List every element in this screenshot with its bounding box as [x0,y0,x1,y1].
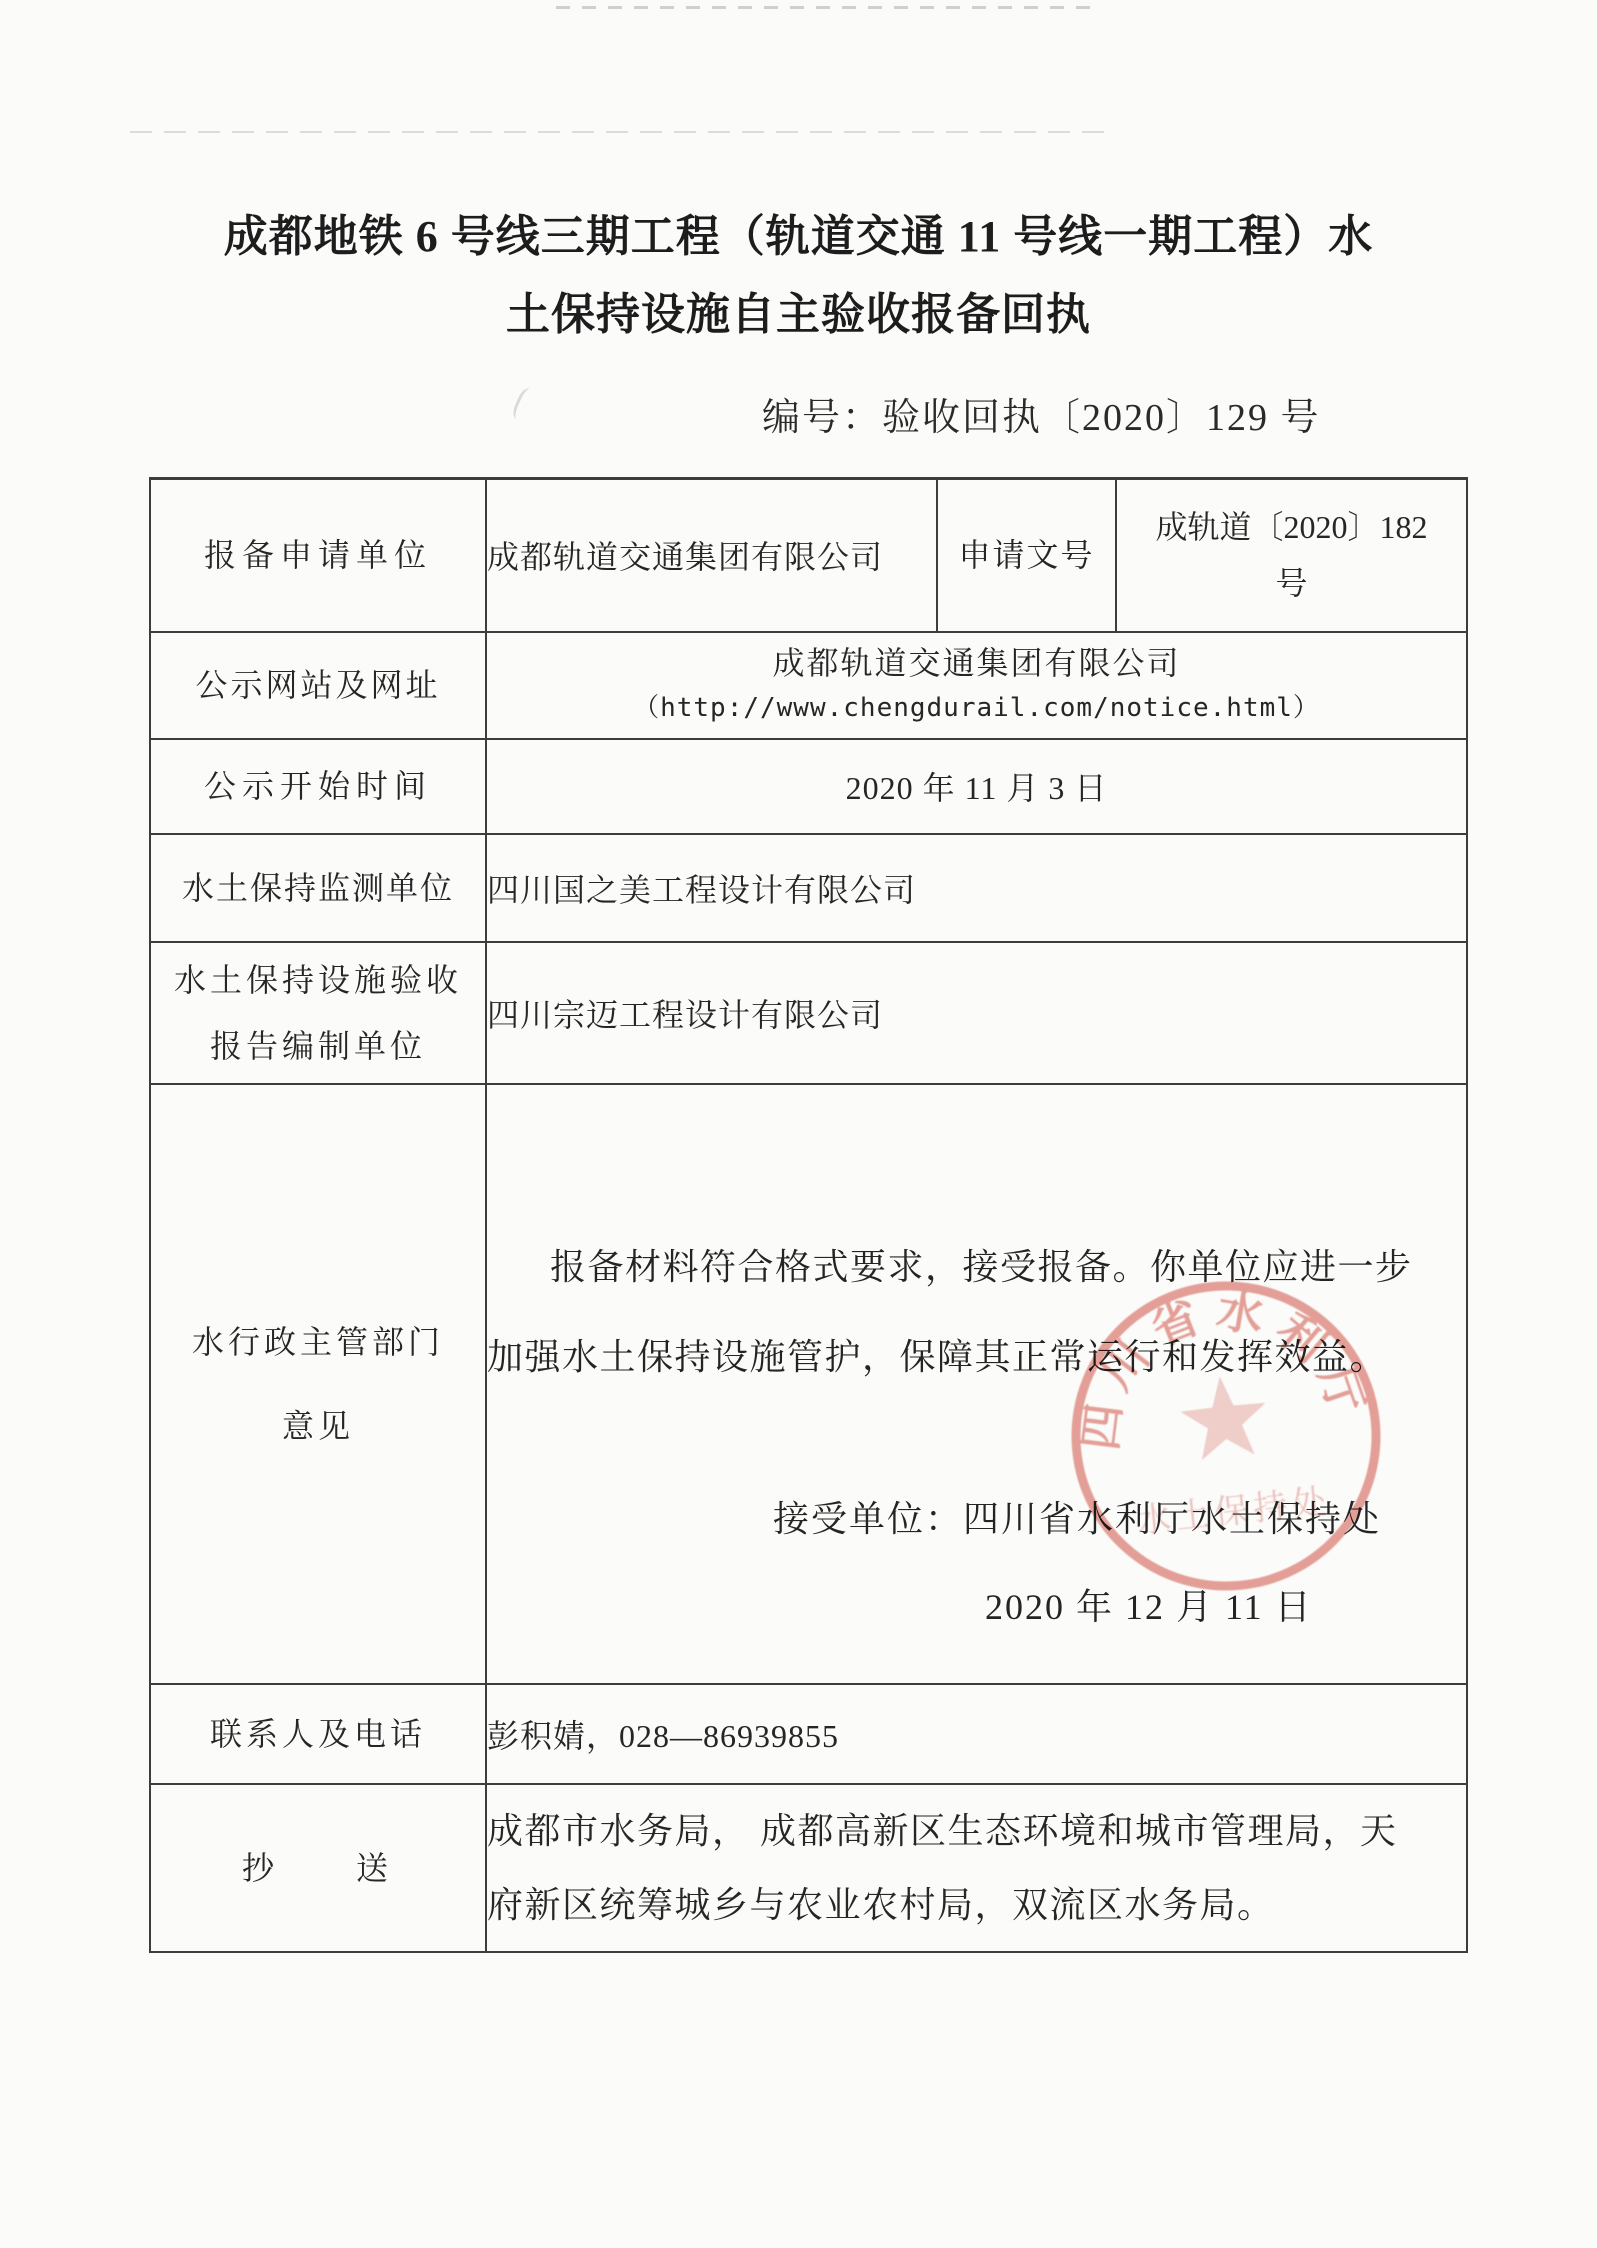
label-water-authority-opinion: 水行政主管部门 意见 [150,1084,486,1684]
document-title: 成都地铁 6 号线三期工程（轨道交通 11 号线一期工程）水 土保持设施自主验收… [0,198,1597,354]
value-monitoring-unit: 四川国之美工程设计有限公司 [486,834,1467,942]
label-reporting-unit: 报备申请单位 [150,479,486,632]
value-publicity-start-date: 2020 年 11 月 3 日 [486,739,1467,834]
scan-artifact-mark [510,386,541,425]
water-authority-label-line1: 水行政主管部门 [151,1300,485,1384]
label-cc: 抄 送 [150,1784,486,1952]
opinion-text-line2: 加强水土保持设施管护，保障其正常运行和发挥效益。 [487,1332,1466,1382]
table-row: 报备申请单位 成都轨道交通集团有限公司 申请文号 成轨道〔2020〕182 号 [150,479,1467,632]
table-row: 水土保持监测单位 四川国之美工程设计有限公司 [150,834,1467,942]
application-doc-number-line2: 号 [1117,555,1466,611]
table-row: 抄 送 成都市水务局， 成都高新区生态环境和城市管理局，天 府新区统筹城乡与农业… [150,1784,1467,1952]
label-contact: 联系人及电话 [150,1684,486,1784]
publicity-website-url: （http://www.chengdurail.com/notice.html） [487,686,1466,730]
publicity-website-name: 成都轨道交通集团有限公司 [487,640,1466,686]
value-water-authority-opinion: 报备材料符合格式要求，接受报备。你单位应进一步 加强水土保持设施管护，保障其正常… [486,1084,1467,1684]
label-acceptance-report-unit: 水土保持设施验收 报告编制单位 [150,942,486,1084]
value-publicity-website: 成都轨道交通集团有限公司 （http://www.chengdurail.com… [486,632,1467,739]
accept-unit-line: 接受单位：四川省水利厅水土保持处 [773,1494,1466,1544]
label-application-doc-number: 申请文号 [937,479,1116,632]
value-application-doc-number: 成轨道〔2020〕182 号 [1116,479,1467,632]
label-publicity-website: 公示网站及网址 [150,632,486,739]
cc-line1: 成都市水务局， 成都高新区生态环境和城市管理局，天 [487,1807,1466,1855]
opinion-date: 2020 年 12 月 11 日 [985,1582,1466,1632]
table-row: 联系人及电话 彭积婧，028—86939855 [150,1684,1467,1784]
label-monitoring-unit: 水土保持监测单位 [150,834,486,942]
value-reporting-unit: 成都轨道交通集团有限公司 [486,479,937,632]
title-line-2: 土保持设施自主验收报备回执 [0,276,1597,354]
label-publicity-start-date: 公示开始时间 [150,739,486,834]
document-number: 编号：验收回执〔2020〕129 号 [762,392,1321,444]
scan-artifact-line [556,6,1101,9]
water-authority-label-line2: 意见 [151,1384,485,1468]
value-acceptance-report-unit: 四川宗迈工程设计有限公司 [486,942,1467,1084]
acceptance-report-unit-label-line1: 水土保持设施验收 [151,947,485,1013]
form-table: 报备申请单位 成都轨道交通集团有限公司 申请文号 成轨道〔2020〕182 号 … [149,477,1468,1953]
value-cc: 成都市水务局， 成都高新区生态环境和城市管理局，天 府新区统筹城乡与农业农村局，… [486,1784,1467,1952]
acceptance-report-unit-label-line2: 报告编制单位 [151,1013,485,1079]
cc-line2: 府新区统筹城乡与农业农村局，双流区水务局。 [487,1881,1466,1929]
table-row: 水行政主管部门 意见 报备材料符合格式要求，接受报备。你单位应进一步 加强水土保… [150,1084,1467,1684]
document-page: 成都地铁 6 号线三期工程（轨道交通 11 号线一期工程）水 土保持设施自主验收… [0,0,1597,2248]
opinion-text-line1: 报备材料符合格式要求，接受报备。你单位应进一步 [550,1242,1466,1292]
table-row: 公示开始时间 2020 年 11 月 3 日 [150,739,1467,834]
scan-artifact-line [130,131,1105,133]
application-doc-number-line1: 成轨道〔2020〕182 [1117,499,1466,555]
value-contact: 彭积婧，028—86939855 [486,1684,1467,1784]
title-line-1: 成都地铁 6 号线三期工程（轨道交通 11 号线一期工程）水 [0,198,1597,276]
table-row: 水土保持设施验收 报告编制单位 四川宗迈工程设计有限公司 [150,942,1467,1084]
table-row: 公示网站及网址 成都轨道交通集团有限公司 （http://www.chengdu… [150,632,1467,739]
